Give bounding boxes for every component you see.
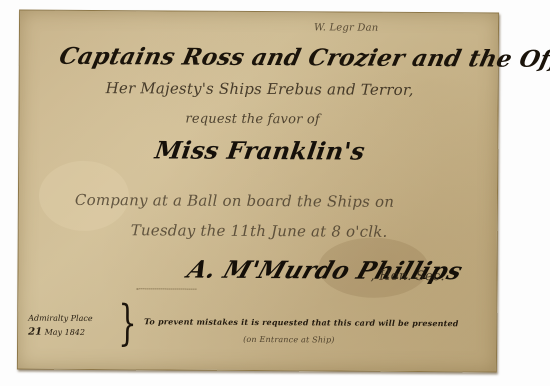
address-line: Admiralty Place [28,312,92,326]
image-stage: W. Legr Dan Captains Ross and Crozier an… [0,0,550,386]
signature-rule [136,288,196,289]
guest-name: Miss Franklin's [153,135,367,165]
event-line: Company at a Ball on board the Ships on [75,191,394,211]
date-day: 21 [28,327,42,338]
invitation-header: Captains Ross and Crozier and the Office… [57,43,550,74]
ships-line: Her Majesty's Ships Erebus and Terror, [106,79,414,99]
brace-icon: } [118,299,137,347]
event-date: Tuesday the 11th June at 8 o'clk. [131,221,388,241]
notice-text: To prevent mistakes it is requested that… [144,316,458,328]
address-date-note: Admiralty Place 21 May 1842 [28,312,93,340]
signature-title: , Hon. Sec. [370,269,444,284]
invitation-card: W. Legr Dan Captains Ross and Crozier an… [17,10,499,373]
date-line: 21 May 1842 [28,326,92,340]
date-month-year: May 1842 [45,328,85,337]
request-line: request the favor of [185,112,320,128]
notice-subtext: (on Entrance at Ship) [243,335,335,345]
handwritten-annotation: W. Legr Dan [314,22,379,33]
